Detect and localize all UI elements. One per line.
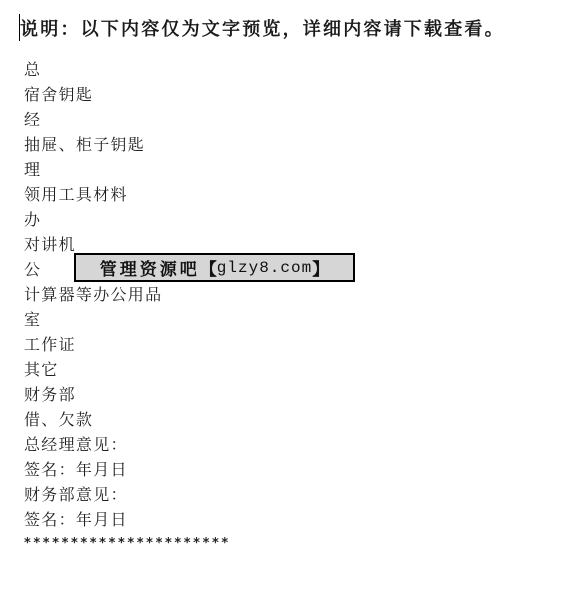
preview-line: 宿舍钥匙 <box>24 83 578 108</box>
preview-line: 计算器等办公用品 <box>24 283 578 308</box>
preview-notice: 说明：以下内容仅为文字预览，详细内容请下载查看。 <box>0 0 578 44</box>
dots-separator: ********************** <box>0 533 578 558</box>
preview-line: 室 <box>24 308 578 333</box>
watermark-bracket-open: 【 <box>200 255 217 280</box>
preview-line: 签名：年月日 <box>24 458 578 483</box>
preview-line: 总 <box>24 58 578 83</box>
preview-line: 总经理意见： <box>24 433 578 458</box>
preview-line: 办 <box>24 208 578 233</box>
watermark-domain: glzy8.com <box>217 259 312 277</box>
preview-line: 借、欠款 <box>24 408 578 433</box>
preview-line: 其它 <box>24 358 578 383</box>
preview-line: 理 <box>24 158 578 183</box>
preview-line: 工作证 <box>24 333 578 358</box>
document-preview-page: 说明：以下内容仅为文字预览，详细内容请下载查看。 总 宿舍钥匙 经 抽屉、柜子钥… <box>0 0 578 600</box>
preview-text-block: 总 宿舍钥匙 经 抽屉、柜子钥匙 理 领用工具材料 办 对讲机 公 计算器等办公… <box>0 58 578 533</box>
preview-line: 签名：年月日 <box>24 508 578 533</box>
preview-line: 经 <box>24 108 578 133</box>
watermark-bracket-close: 】 <box>312 255 329 280</box>
preview-line: 抽屉、柜子钥匙 <box>24 133 578 158</box>
watermark-site-name: 管理资源吧 <box>100 255 200 280</box>
watermark-box: 管理资源吧 【 glzy8.com 】 <box>74 253 355 282</box>
preview-line: 财务部 <box>24 383 578 408</box>
preview-line: 领用工具材料 <box>24 183 578 208</box>
text-cursor <box>19 14 20 41</box>
preview-line: 财务部意见： <box>24 483 578 508</box>
